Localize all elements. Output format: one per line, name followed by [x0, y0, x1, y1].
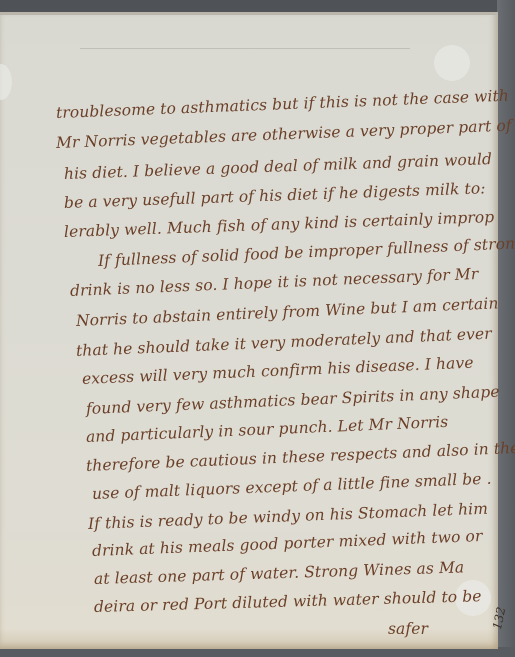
manuscript-line: Norris to abstain entirely from Wine but…: [76, 294, 499, 330]
manuscript-line: drink is no less so. I hope it is not ne…: [70, 265, 479, 300]
manuscript-line: be a very usefull part of his diet if he…: [64, 179, 486, 212]
blind-stamp-top-right: [434, 45, 470, 81]
manuscript-line: Mr Norris vegetables are otherwise a ver…: [56, 117, 512, 152]
manuscript-line: at least one part of water. Strong Wines…: [94, 558, 465, 588]
fold-crease: [80, 48, 410, 49]
manuscript-line: drink at his meals good porter mixed wit…: [92, 527, 483, 560]
manuscript-line: and particularly in sour punch. Let Mr N…: [86, 413, 449, 446]
manuscript-line: troublesome to asthmatics but if this is…: [56, 87, 510, 122]
manuscript-line: If fullness of solid food be improper fu…: [98, 234, 515, 270]
manuscript-line: therefore be cautious in these respects …: [86, 439, 515, 475]
manuscript-line: lerably well. Much fish of any kind is c…: [64, 208, 495, 241]
manuscript-line: excess will very much confirm his diseas…: [82, 354, 474, 388]
blind-stamp-left: [0, 64, 12, 100]
manuscript-page: troublesome to asthmatics but if this is…: [0, 12, 498, 649]
page-bottom-stain: [0, 629, 498, 649]
manuscript-line: deira or red Port diluted with water sho…: [94, 587, 482, 616]
manuscript-line: use of malt liquors except of a little f…: [92, 470, 492, 503]
page-top-edge: [0, 12, 498, 15]
manuscript-line: his diet. I believe a good deal of milk …: [64, 150, 493, 183]
manuscript-line: If this is ready to be windy on his Stom…: [88, 500, 489, 533]
